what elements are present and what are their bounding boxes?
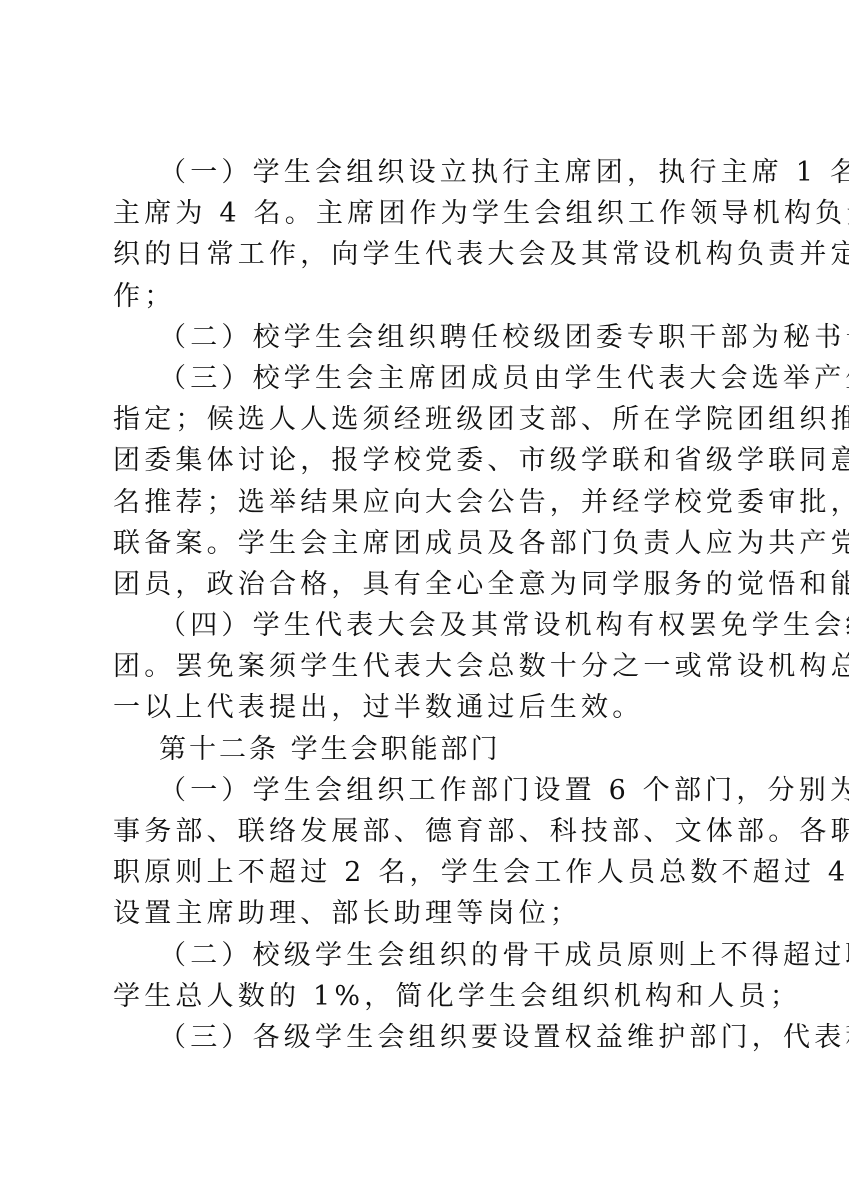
paragraph-4-line-1: （四）学生代表大会及其常设机构有权罢免学生会组织主席	[113, 605, 745, 646]
paragraph-5-line-1: （一）学生会组织工作部门设置 6 个部门，分别为秘书部、	[113, 770, 745, 811]
paragraph-3-line-3: 团委集体讨论，报学校党委、市级学联和省级学联同意后予以提	[113, 440, 745, 481]
paragraph-1-line-1: （一）学生会组织设立执行主席团，执行主席 1 名、执行副	[113, 152, 745, 193]
paragraph-1-line-3: 织的日常工作，向学生代表大会及其常设机构负责并定期报告工	[113, 234, 745, 275]
paragraph-4-line-3: 一以上代表提出，过半数通过后生效。	[113, 687, 745, 728]
paragraph-3-line-6: 团员，政治合格，具有全心全意为同学服务的觉悟和能力；	[113, 564, 745, 605]
paragraph-3-line-2: 指定；候选人人选须经班级团支部、所在学院团组织推荐，学校	[113, 399, 745, 440]
article-12-heading: 第十二条 学生会职能部门	[113, 729, 745, 770]
paragraph-5-line-3: 职原则上不超过 2 名，学生会工作人员总数不超过 40 位，不得	[113, 852, 745, 893]
paragraph-3-line-5: 联备案。学生会主席团成员及各部门负责人应为共产党员或共青	[113, 523, 745, 564]
paragraph-1-line-2: 主席为 4 名。主席团作为学生会组织工作领导机构负责学生会组	[113, 193, 745, 234]
paragraph-3-line-1: （三）校学生会主席团成员由学生代表大会选举产生，不得	[113, 358, 745, 399]
paragraph-3-line-4: 名推荐；选举结果应向大会公告，并经学校党委审批，报省级学	[113, 482, 745, 523]
document-body: （一）学生会组织设立执行主席团，执行主席 1 名、执行副 主席为 4 名。主席团…	[113, 152, 745, 1058]
document-page: （一）学生会组织设立执行主席团，执行主席 1 名、执行副 主席为 4 名。主席团…	[0, 0, 849, 1200]
paragraph-5-line-4: 设置主席助理、部长助理等岗位；	[113, 893, 745, 934]
paragraph-6-line-2: 学生总人数的 1%，简化学生会组织机构和人员；	[113, 976, 745, 1017]
paragraph-7-line-1: （三）各级学生会组织要设置权益维护部门，代表和维护广	[113, 1017, 745, 1058]
paragraph-6-line-1: （二）校级学生会组织的骨干成员原则上不得超过联系服务	[113, 935, 745, 976]
paragraph-4-line-2: 团。罢免案须学生代表大会总数十分之一或常设机构总数五分之	[113, 646, 745, 687]
paragraph-1-line-4: 作；	[113, 276, 745, 317]
paragraph-5-line-2: 事务部、联络发展部、德育部、科技部、文体部。各职能部门副	[113, 811, 745, 852]
paragraph-2-line-1: （二）校学生会组织聘任校级团委专职干部为秘书长；	[113, 317, 745, 358]
